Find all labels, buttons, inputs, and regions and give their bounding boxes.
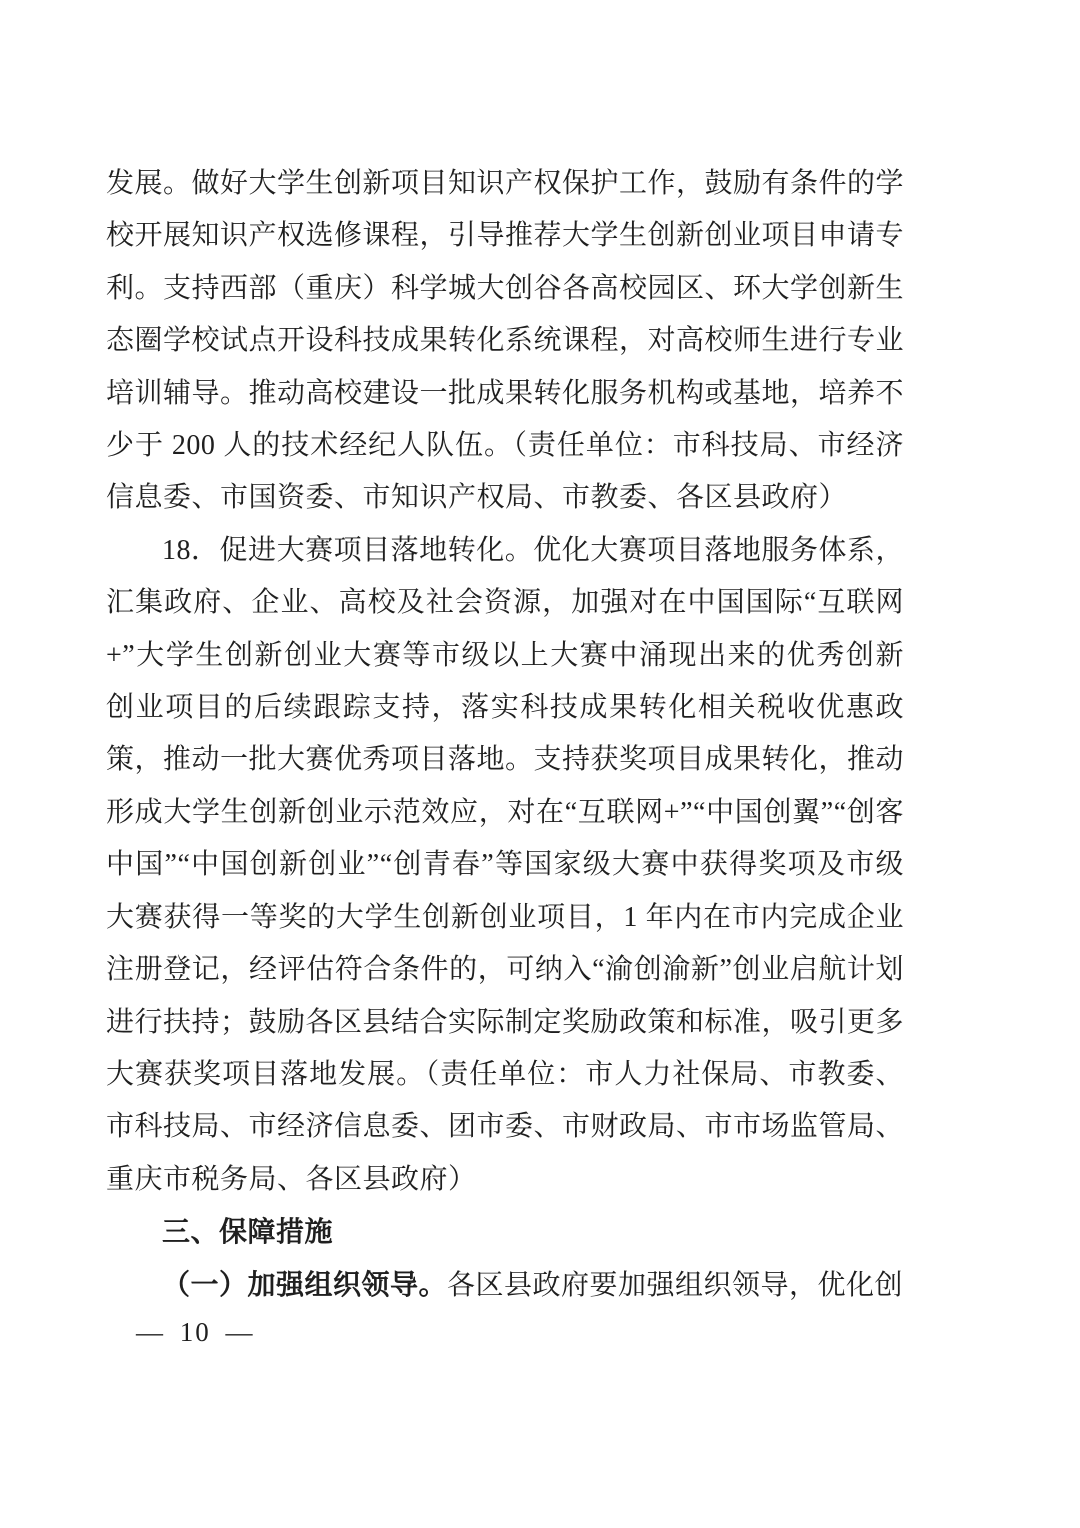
text-segment-body: 18．促进大赛项目落地转化。优化大赛项目落地服务体系，汇集政府、企业、高校及社会…	[106, 535, 904, 1090]
heading-section-3: 三、保障措施	[106, 1206, 904, 1259]
paragraph-18: 18．促进大赛项目落地转化。优化大赛项目落地服务体系，汇集政府、企业、高校及社会…	[106, 525, 904, 1206]
text-segment-body: 发展。做好大学生创新项目知识产权保护工作，鼓励有条件的学校开展知识产权选修课程，…	[106, 168, 904, 461]
page-number: — 10 —	[136, 1316, 255, 1348]
paragraph-3-1: （一）加强组织领导。各区县政府要加强组织领导，优化创	[106, 1260, 904, 1312]
document-page: 发展。做好大学生创新项目知识产权保护工作，鼓励有条件的学校开展知识产权选修课程，…	[0, 0, 1080, 1528]
text-segment-hei-bold: 三、保障措施	[162, 1216, 333, 1247]
document-body: 发展。做好大学生创新项目知识产权保护工作，鼓励有条件的学校开展知识产权选修课程，…	[106, 158, 904, 1312]
text-segment-kaiti-strong: （一）加强组织领导。	[162, 1270, 447, 1301]
paragraph-17-continuation: 发展。做好大学生创新项目知识产权保护工作，鼓励有条件的学校开展知识产权选修课程，…	[106, 158, 904, 525]
text-segment-body: 各区县政府要加强组织领导，优化创	[447, 1270, 903, 1301]
